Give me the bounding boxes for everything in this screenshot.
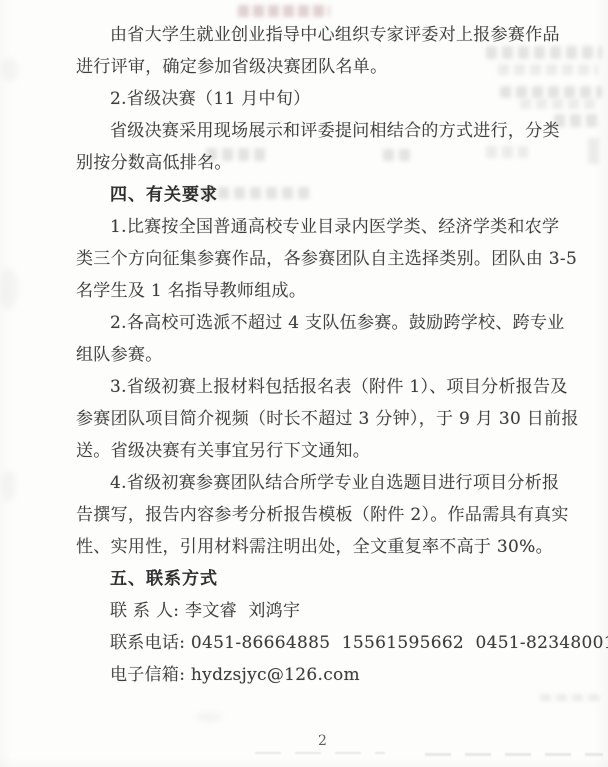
- contact-email-line: 电子信箱: hydzsjyc@126.com: [76, 659, 576, 691]
- scan-streak: [255, 752, 385, 754]
- scan-streak: [425, 753, 603, 756]
- text-line: 告撰写，报告内容参考分析报告模板（附件 2）。作品需具有真实: [76, 499, 576, 531]
- text-line: 4.省级初赛参赛团队结合所学专业自选题目进行项目分析报: [76, 467, 576, 499]
- text-line: 送。省级决赛有关事宜另行下文通知。: [76, 435, 576, 467]
- text-line: 组队参赛。: [76, 339, 576, 371]
- contact-person-line: 联 系 人: 李文睿 刘鸿宇: [76, 595, 576, 627]
- text-line: 由省大学生就业创业指导中心组织专家评委对上报参赛作品: [76, 19, 576, 51]
- page-number: 2: [318, 733, 327, 749]
- scan-smudge: [2, 470, 16, 502]
- contact-phone-line: 联系电话: 0451-86664885 15561595662 0451-823…: [76, 627, 576, 659]
- text-line: 别按分数高低排名。: [76, 147, 576, 179]
- scan-smudge: [0, 268, 18, 310]
- text-line: 参赛团队项目简介视频（时长不超过 3 分钟），于 9 月 30 日前报: [76, 403, 576, 435]
- text-line: 性、实用性，引用材料需注明出处，全文重复率不高于 30%。: [76, 531, 576, 563]
- scanned-document-page: 由省大学生就业创业指导中心组织专家评委对上报参赛作品 进行评审，确定参加省级决赛…: [0, 0, 608, 767]
- text-line: 类三个方向征集参赛作品，各参赛团队自主选择类别。团队由 3-5: [76, 243, 576, 275]
- scan-smudge: [2, 58, 18, 82]
- text-line: 进行评审，确定参加省级决赛团队名单。: [76, 51, 576, 83]
- text-line: 2.省级决赛（11 月中旬）: [76, 83, 576, 115]
- bleedthrough-mark: [238, 5, 330, 17]
- bleedthrough-mark: [540, 694, 602, 701]
- text-line: 3.省级初赛上报材料包括报名表（附件 1）、项目分析报告及: [76, 371, 576, 403]
- document-body: 由省大学生就业创业指导中心组织专家评委对上报参赛作品 进行评审，确定参加省级决赛…: [76, 19, 576, 691]
- text-line: 1.比赛按全国普通高校专业目录内医学类、经济学类和农学: [76, 211, 576, 243]
- text-line: 2.各高校可选派不超过 4 支队伍参赛。鼓励跨学校、跨专业: [76, 307, 576, 339]
- section-heading: 四、有关要求: [76, 179, 576, 211]
- bleedthrough-mark: [588, 138, 604, 164]
- text-line: 名学生及 1 名指导教师组成。: [76, 275, 576, 307]
- scan-smudge: [196, 712, 222, 722]
- section-heading: 五、联系方式: [76, 563, 576, 595]
- text-line: 省级决赛采用现场展示和评委提问相结合的方式进行，分类: [76, 115, 576, 147]
